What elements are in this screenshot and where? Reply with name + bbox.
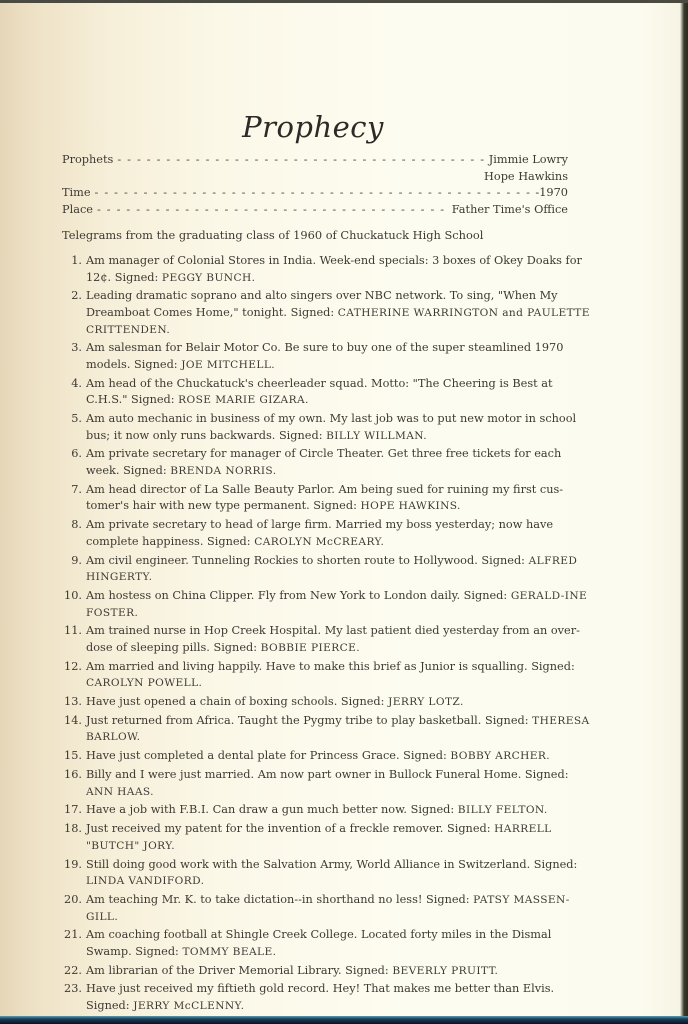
telegram-item: 21.Am coaching football at Shingle Creek… xyxy=(62,927,592,960)
telegram-signer: BEVERLY PRUITT. xyxy=(392,965,498,977)
telegram-item: 20.Am teaching Mr. K. to take dictation-… xyxy=(62,892,592,925)
telegram-item: 7.Am head director of La Salle Beauty Pa… xyxy=(62,482,592,515)
telegram-number: 18. xyxy=(62,821,82,838)
telegram-text: Just returned from Africa. Taught the Py… xyxy=(86,714,532,727)
dot-leader xyxy=(97,202,448,219)
telegram-item: 1.Am manager of Colonial Stores in India… xyxy=(62,253,592,286)
telegram-text: Am salesman for Belair Motor Co. Be sure… xyxy=(86,341,563,371)
telegram-signer: TOMMY BEALE. xyxy=(182,946,276,958)
telegram-number: 1. xyxy=(62,253,82,270)
telegram-item: 10.Am hostess on China Clipper. Fly from… xyxy=(62,588,592,621)
telegram-number: 14. xyxy=(62,713,82,730)
telegram-item: 11.Am trained nurse in Hop Creek Hospita… xyxy=(62,623,592,656)
telegram-number: 6. xyxy=(62,446,82,463)
telegram-signer: PEGGY BUNCH. xyxy=(162,272,255,284)
telegram-number: 16. xyxy=(62,767,82,784)
telegram-item: 9.Am civil engineer. Tunneling Rockies t… xyxy=(62,553,592,586)
meta-time: Time -1970 xyxy=(62,185,568,202)
telegram-list: 1.Am manager of Colonial Stores in India… xyxy=(62,253,592,1017)
telegram-text: Still doing good work with the Salvation… xyxy=(86,858,577,871)
telegram-text: Have a job with F.B.I. Can draw a gun mu… xyxy=(86,803,458,816)
telegram-number: 22. xyxy=(62,963,82,980)
prophets-label: Prophets xyxy=(62,152,113,169)
telegram-signer: JOE MITCHELL. xyxy=(181,359,275,371)
telegram-number: 3. xyxy=(62,340,82,357)
prophet-2: Hope Hawkins xyxy=(484,169,568,186)
telegram-signer: BOBBIE PIERCE. xyxy=(261,642,360,654)
telegrams-intro: Telegrams from the graduating class of 1… xyxy=(62,228,483,242)
telegram-number: 4. xyxy=(62,376,82,393)
telegram-text: Have just opened a chain of boxing schoo… xyxy=(86,695,388,708)
telegram-number: 23. xyxy=(62,981,82,998)
telegram-item: 15.Have just completed a dental plate fo… xyxy=(62,748,592,765)
telegram-signer: CAROLYN POWELL. xyxy=(86,677,202,689)
telegram-item: 6.Am private secretary for manager of Ci… xyxy=(62,446,592,479)
telegram-signer: JERRY McCLENNY. xyxy=(133,1000,244,1012)
telegram-text: Am hostess on China Clipper. Fly from Ne… xyxy=(86,589,511,602)
telegram-item: 19.Still doing good work with the Salvat… xyxy=(62,857,592,890)
telegram-number: 7. xyxy=(62,482,82,499)
telegram-signer: CAROLYN McCREARY. xyxy=(254,536,384,548)
telegram-item: 18.Just received my patent for the inven… xyxy=(62,821,592,854)
telegram-text: Am civil engineer. Tunneling Rockies to … xyxy=(86,554,529,567)
telegram-item: 8.Am private secretary to head of large … xyxy=(62,517,592,550)
telegram-number: 19. xyxy=(62,857,82,874)
telegram-number: 13. xyxy=(62,694,82,711)
yearbook-page: Prophecy Prophets Jimmie Lowry Hope Hawk… xyxy=(0,0,688,1024)
prophet-1: Jimmie Lowry xyxy=(489,152,568,169)
telegram-text: Am head director of La Salle Beauty Parl… xyxy=(86,483,563,513)
telegram-number: 21. xyxy=(62,927,82,944)
telegram-item: 13.Have just opened a chain of boxing sc… xyxy=(62,694,592,711)
telegram-number: 9. xyxy=(62,553,82,570)
meta-prophets: Prophets Jimmie Lowry xyxy=(62,152,568,169)
telegram-number: 2. xyxy=(62,288,82,305)
telegram-item: 14.Just returned from Africa. Taught the… xyxy=(62,713,592,746)
page-title: Prophecy xyxy=(0,110,688,144)
telegram-text: Am manager of Colonial Stores in India. … xyxy=(86,254,582,284)
telegram-signer: BILLY WILLMAN. xyxy=(326,430,427,442)
time-value: -1970 xyxy=(535,185,568,202)
time-label: Time xyxy=(62,185,91,202)
telegram-text: Am married and living happily. Have to m… xyxy=(86,660,575,673)
scan-bottom-edge xyxy=(0,1016,688,1024)
telegram-signer: HOPE HAWKINS. xyxy=(361,500,461,512)
telegram-text: Am coaching football at Shingle Creek Co… xyxy=(86,928,551,958)
telegram-text: Am teaching Mr. K. to take dictation--in… xyxy=(86,893,473,906)
telegram-item: 17.Have a job with F.B.I. Can draw a gun… xyxy=(62,802,592,819)
telegram-item: 4.Am head of the Chuckatuck's cheerleade… xyxy=(62,376,592,409)
telegram-text: Am private secretary for manager of Circ… xyxy=(86,447,561,477)
telegram-item: 3.Am salesman for Belair Motor Co. Be su… xyxy=(62,340,592,373)
telegram-item: 2.Leading dramatic soprano and alto sing… xyxy=(62,288,592,338)
telegram-signer: JERRY LOTZ. xyxy=(388,696,464,708)
telegram-text: Just received my patent for the inventio… xyxy=(86,822,494,835)
prophecy-metadata: Prophets Jimmie Lowry Hope Hawkins Time … xyxy=(62,152,568,218)
telegram-signer: ANN HAAS. xyxy=(86,786,154,798)
telegram-text: Billy and I were just married. Am now pa… xyxy=(86,768,569,781)
telegram-text: Have just completed a dental plate for P… xyxy=(86,749,450,762)
telegram-signer: ROSE MARIE GIZARA. xyxy=(178,394,309,406)
place-value: Father Time's Office xyxy=(452,202,568,219)
telegram-number: 20. xyxy=(62,892,82,909)
telegram-number: 12. xyxy=(62,659,82,676)
telegram-item: 22.Am librarian of the Driver Memorial L… xyxy=(62,963,592,980)
title-text: Prophecy xyxy=(242,110,384,144)
telegram-number: 15. xyxy=(62,748,82,765)
telegram-number: 8. xyxy=(62,517,82,534)
meta-prophets-cont: Hope Hawkins xyxy=(62,169,568,186)
telegram-signer: BILLY FELTON. xyxy=(458,804,548,816)
telegram-number: 17. xyxy=(62,802,82,819)
telegram-signer: LINDA VANDIFORD. xyxy=(86,875,204,887)
telegram-item: 23.Have just received my fiftieth gold r… xyxy=(62,981,592,1014)
telegram-item: 5.Am auto mechanic in business of my own… xyxy=(62,411,592,444)
telegram-signer: BRENDA NORRIS. xyxy=(170,465,276,477)
telegram-number: 5. xyxy=(62,411,82,428)
telegram-number: 10. xyxy=(62,588,82,605)
telegram-text: Am librarian of the Driver Memorial Libr… xyxy=(86,964,392,977)
dot-leader xyxy=(95,185,532,202)
dot-leader xyxy=(117,152,484,169)
meta-place: Place Father Time's Office xyxy=(62,202,568,219)
telegram-text: Am head of the Chuckatuck's cheerleader … xyxy=(86,377,553,407)
telegram-item: 12.Am married and living happily. Have t… xyxy=(62,659,592,692)
telegram-number: 11. xyxy=(62,623,82,640)
telegram-item: 16.Billy and I were just married. Am now… xyxy=(62,767,592,800)
telegram-signer: BOBBY ARCHER. xyxy=(450,750,550,762)
place-label: Place xyxy=(62,202,93,219)
